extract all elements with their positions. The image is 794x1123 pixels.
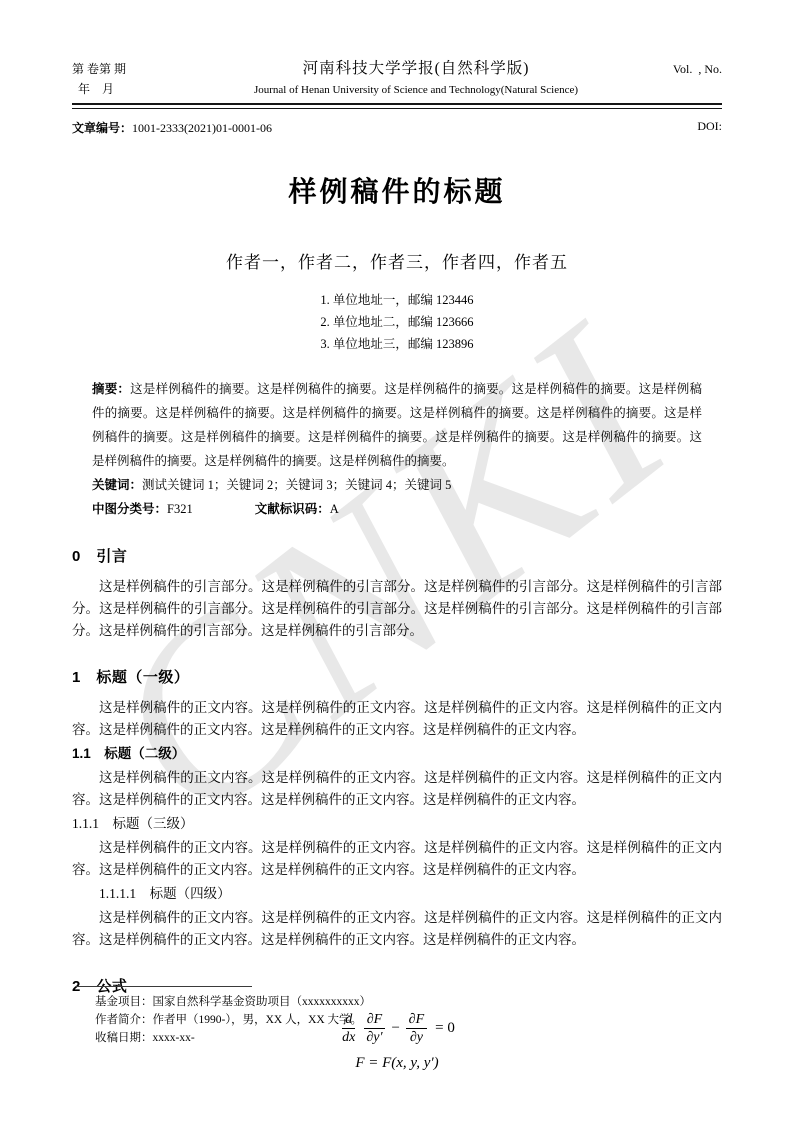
journal-title-cn: 河南科技大学学报(自然科学版) [202, 56, 630, 78]
keywords-text: 测试关键词 1；关键词 2；关键词 3；关键词 4；关键词 5 [142, 478, 451, 492]
section-heading-intro: 0 引言 [72, 545, 722, 566]
intro-paragraph: 这是样例稿件的引言部分。这是样例稿件的引言部分。这是样例稿件的引言部分。这是样例… [72, 576, 722, 642]
manuscript-page: CNKI 第 卷第 期 河南科技大学学报(自然科学版) Vol. , No. 年… [0, 0, 794, 1123]
fund-text: 国家自然科学基金资助项目（xxxxxxxxxx） [153, 996, 372, 1008]
body-paragraph: 这是样例稿件的正文内容。这是样例稿件的正文内容。这是样例稿件的正文内容。这是样例… [72, 907, 722, 951]
header-row-1: 第 卷第 期 河南科技大学学报(自然科学版) Vol. , No. [72, 56, 722, 78]
keywords-row: 关键词：测试关键词 1；关键词 2；关键词 3；关键词 4；关键词 5 [92, 473, 702, 497]
received-date-text: xxxx-xx- [153, 1032, 195, 1044]
section-heading-level2: 1.1 标题（二级） [72, 743, 722, 765]
page-content: 第 卷第 期 河南科技大学学报(自然科学版) Vol. , No. 年 月 Jo… [0, 0, 794, 1072]
article-meta-row: 文章编号：1001-2333(2021)01-0001-06 DOI: [72, 119, 722, 136]
author-list: 作者一，作者二，作者三，作者四，作者五 [72, 248, 722, 273]
abstract-text: 这是样例稿件的摘要。这是样例稿件的摘要。这是样例稿件的摘要。这是样例稿件的摘要。… [92, 382, 702, 468]
fund-label: 基金项目： [95, 996, 153, 1008]
clc-row: 中图分类号：F321文献标识码：A [92, 497, 702, 521]
issue-line: 第 卷第 期 [72, 60, 202, 77]
body-paragraph: 这是样例稿件的正文内容。这是样例稿件的正文内容。这是样例稿件的正文内容。这是样例… [72, 837, 722, 881]
article-title: 样例稿件的标题 [72, 170, 722, 210]
abstract-block: 摘要：这是样例稿件的摘要。这是样例稿件的摘要。这是样例稿件的摘要。这是样例稿件的… [92, 377, 702, 521]
clc-label: 中图分类号： [92, 502, 167, 516]
affiliation-list: 1. 单位地址一，邮编 123446 2. 单位地址二，邮编 123666 3.… [72, 289, 722, 355]
footnote-received-date: 收稿日期：xxxx-xx- [72, 1029, 722, 1047]
article-number-value: 1001-2333(2021)01-0001-06 [132, 121, 272, 135]
footnote-author-bio: 作者简介：作者甲（1990-），男，XX 人，XX 大学。 [72, 1011, 722, 1029]
date-line: 年 月 [72, 80, 202, 97]
affiliation-item: 1. 单位地址一，邮编 123446 [72, 289, 722, 311]
abstract-paragraph: 摘要：这是样例稿件的摘要。这是样例稿件的摘要。这是样例稿件的摘要。这是样例稿件的… [92, 377, 702, 473]
footnote-block: 基金项目：国家自然科学基金资助项目（xxxxxxxxxx） 作者简介：作者甲（1… [72, 986, 722, 1047]
section-heading-level3: 1.1.1 标题（三级） [72, 813, 722, 835]
body-paragraph: 这是样例稿件的正文内容。这是样例稿件的正文内容。这是样例稿件的正文内容。这是样例… [72, 767, 722, 811]
header-divider [72, 103, 722, 109]
formula-f-definition: F = F(x, y, y′) [72, 1055, 722, 1072]
doi-label: DOI: [697, 119, 722, 136]
section-heading-level4: 1.1.1.1 标题（四级） [72, 883, 722, 905]
journal-header: 第 卷第 期 河南科技大学学报(自然科学版) Vol. , No. 年 月 Jo… [72, 56, 722, 136]
affiliation-item: 2. 单位地址二，邮编 123666 [72, 311, 722, 333]
footnote-fund: 基金项目：国家自然科学基金资助项目（xxxxxxxxxx） [72, 993, 722, 1011]
author-bio-label: 作者简介： [95, 1014, 153, 1026]
clc-value: F321 [167, 502, 193, 516]
affiliation-item: 3. 单位地址三，邮编 123896 [72, 333, 722, 355]
article-number-label: 文章编号： [72, 121, 132, 135]
received-date-label: 收稿日期： [95, 1032, 153, 1044]
keywords-label: 关键词： [92, 478, 142, 492]
footnote-divider [76, 986, 252, 987]
section-heading-level1: 1 标题（一级） [72, 666, 722, 687]
doc-code-label: 文献标识码： [255, 502, 330, 516]
article-number: 文章编号：1001-2333(2021)01-0001-06 [72, 119, 272, 136]
journal-title-en: Journal of Henan University of Science a… [202, 84, 630, 96]
author-bio-text: 作者甲（1990-），男，XX 人，XX 大学。 [153, 1014, 363, 1026]
header-row-2: 年 月 Journal of Henan University of Scien… [72, 80, 722, 97]
abstract-label: 摘要： [92, 382, 130, 396]
body-paragraph: 这是样例稿件的正文内容。这是样例稿件的正文内容。这是样例稿件的正文内容。这是样例… [72, 697, 722, 741]
volume-number: Vol. , No. [630, 62, 722, 77]
doc-code-value: A [330, 502, 339, 516]
